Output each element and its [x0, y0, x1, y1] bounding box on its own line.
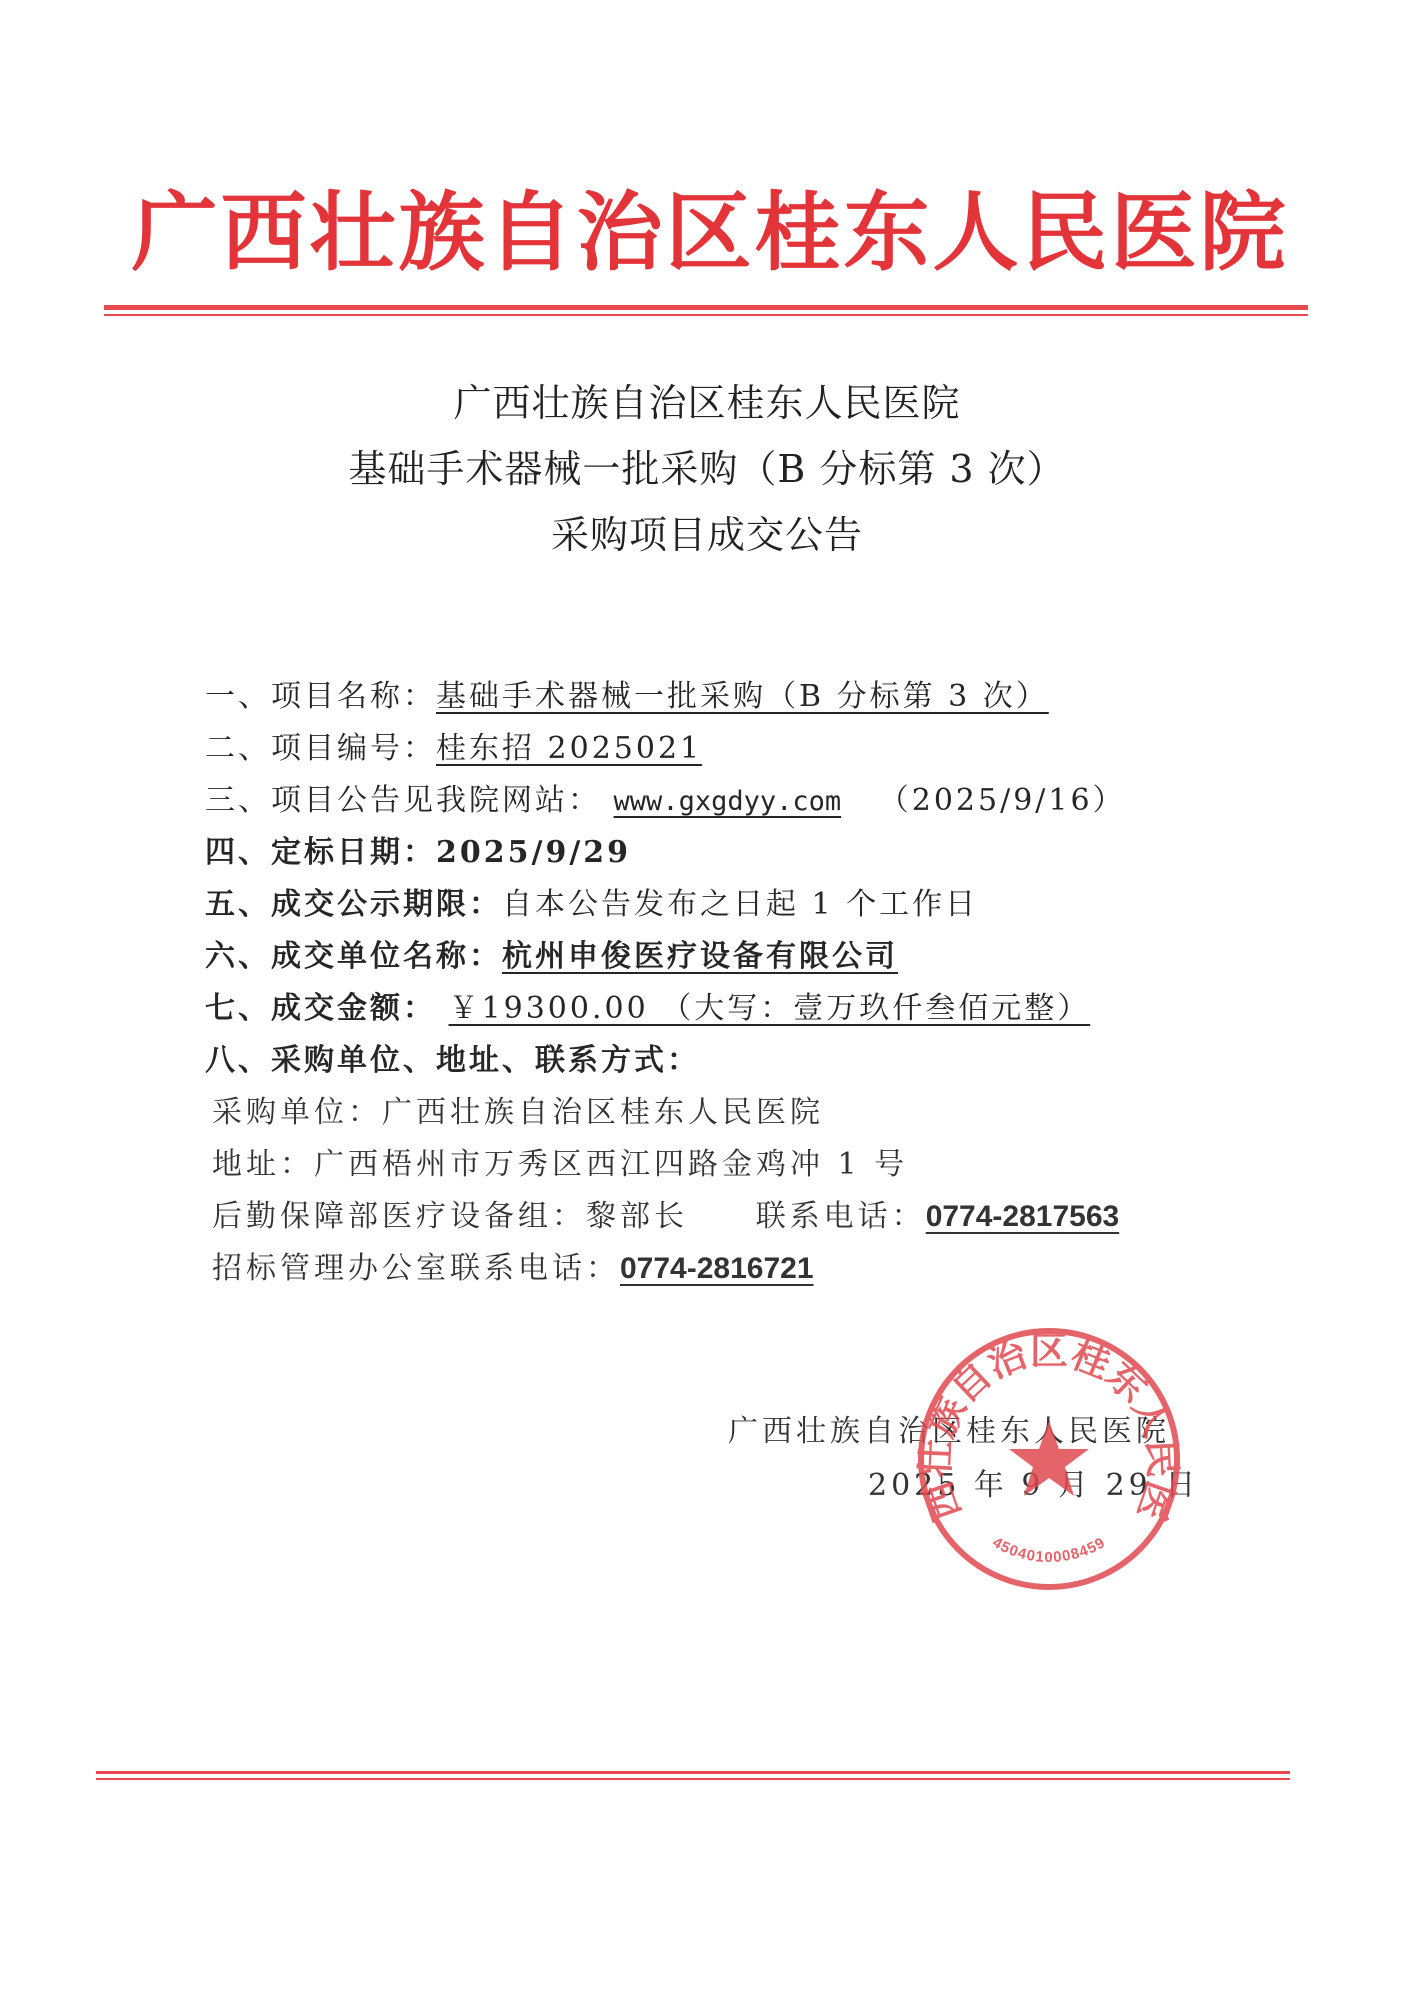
- seal-code: 4504010008459: [989, 1534, 1108, 1566]
- item-award-date: 四、定标日期：2025/9/29: [205, 833, 631, 873]
- item-winning-company: 六、成交单位名称：杭州申俊医疗设备有限公司: [205, 937, 898, 977]
- footer-rule-thick: [96, 1771, 1290, 1774]
- item-value: ￥19300.00 （大写：壹万玖仟叁佰元整）: [449, 991, 1091, 1026]
- item-label: 七、成交金额：: [205, 991, 436, 1026]
- item-publicity-period: 五、成交公示期限：自本公告发布之日起 1 个工作日: [205, 885, 978, 925]
- contact-bidding: 招标管理办公室联系电话：0774-2816721: [212, 1249, 814, 1289]
- heading-line-1: 广西壮族自治区桂东人民医院: [0, 378, 1414, 428]
- item-value: 杭州申俊医疗设备有限公司: [502, 939, 898, 974]
- item-value: 桂东招 2025021: [436, 731, 702, 766]
- website-link[interactable]: www.gxgdyy.com: [614, 786, 842, 817]
- item-website: 三、项目公告见我院网站： www.gxgdyy.com （2025/9/16）: [205, 781, 1126, 822]
- contact-address-value: 广西梧州市万秀区西江四路金鸡冲 1 号: [314, 1147, 908, 1182]
- contact-logistics-phone-label: 联系电话：: [756, 1199, 926, 1234]
- svg-text:4504010008459: 4504010008459: [989, 1534, 1108, 1566]
- header-rule-thin: [104, 314, 1308, 316]
- contact-unit: 采购单位：广西壮族自治区桂东人民医院: [212, 1093, 824, 1133]
- item-value: 基础手术器械一批采购（B 分标第 3 次）: [436, 679, 1049, 714]
- item-label: 三、项目公告见我院网站：: [205, 783, 601, 818]
- item-amount: 七、成交金额： ￥19300.00 （大写：壹万玖仟叁佰元整）: [205, 989, 1090, 1029]
- item-label: 五、成交公示期限：: [205, 887, 502, 922]
- footer-rule-thin: [96, 1778, 1290, 1780]
- item-value: 2025/9/29: [436, 835, 631, 870]
- masthead-title: 广西壮族自治区桂东人民医院: [100, 178, 1320, 288]
- website-date: （2025/9/16）: [879, 783, 1126, 818]
- contact-logistics-label: 后勤保障部医疗设备组：黎部长: [212, 1199, 688, 1234]
- item-value: 自本公告发布之日起 1 个工作日: [502, 887, 978, 922]
- item-label: 八、采购单位、地址、联系方式：: [205, 1043, 700, 1078]
- item-label: 二、项目编号：: [205, 731, 436, 766]
- contact-logistics: 后勤保障部医疗设备组：黎部长 联系电话：0774-2817563: [212, 1197, 1119, 1237]
- official-seal-icon: 广西壮族自治区桂东人民医院 4504010008459: [915, 1325, 1183, 1593]
- contact-logistics-phone: 0774-2817563: [926, 1200, 1120, 1233]
- contact-unit-value: 广西壮族自治区桂东人民医院: [382, 1095, 824, 1130]
- contact-bidding-label: 招标管理办公室联系电话：: [212, 1251, 620, 1286]
- item-project-name: 一、项目名称：基础手术器械一批采购（B 分标第 3 次）: [205, 677, 1049, 717]
- contact-address: 地址：广西梧州市万秀区西江四路金鸡冲 1 号: [212, 1145, 908, 1185]
- item-project-number: 二、项目编号：桂东招 2025021: [205, 729, 702, 769]
- contact-bidding-phone: 0774-2816721: [620, 1252, 814, 1285]
- contact-unit-label: 采购单位：: [212, 1095, 382, 1130]
- item-contact-heading: 八、采购单位、地址、联系方式：: [205, 1041, 700, 1081]
- heading-line-2: 基础手术器械一批采购（B 分标第 3 次）: [0, 444, 1414, 494]
- item-label: 四、定标日期：: [205, 835, 436, 870]
- item-label: 六、成交单位名称：: [205, 939, 502, 974]
- heading-line-3: 采购项目成交公告: [0, 510, 1414, 560]
- header-rule-thick: [104, 305, 1308, 310]
- contact-address-label: 地址：: [212, 1147, 314, 1182]
- item-label: 一、项目名称：: [205, 679, 436, 714]
